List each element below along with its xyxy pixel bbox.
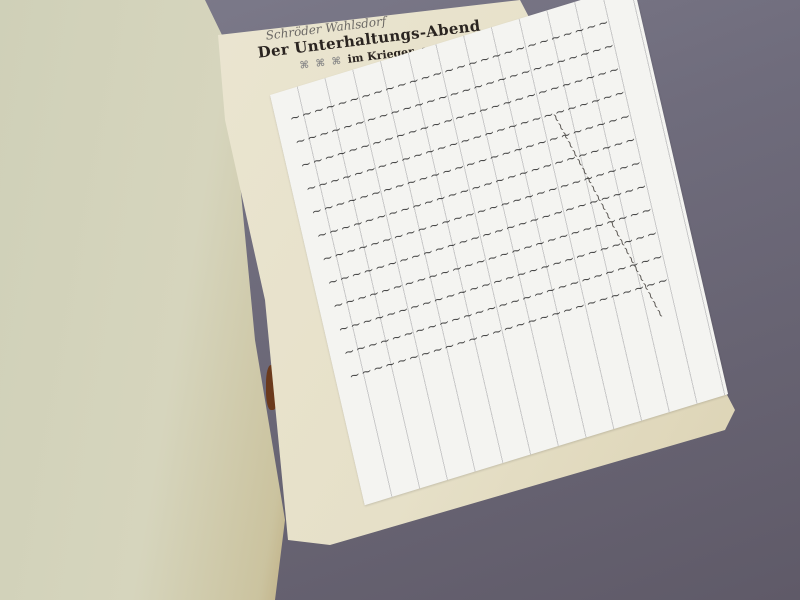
ornament-icon: ⌘ — [331, 56, 342, 68]
ornament-icon: ⌘ — [315, 58, 326, 70]
ornament-icon: ⌘ — [299, 60, 310, 72]
photo-scene: Schröder Wahlsdorf Der Unterhaltungs-Abe… — [0, 0, 800, 600]
